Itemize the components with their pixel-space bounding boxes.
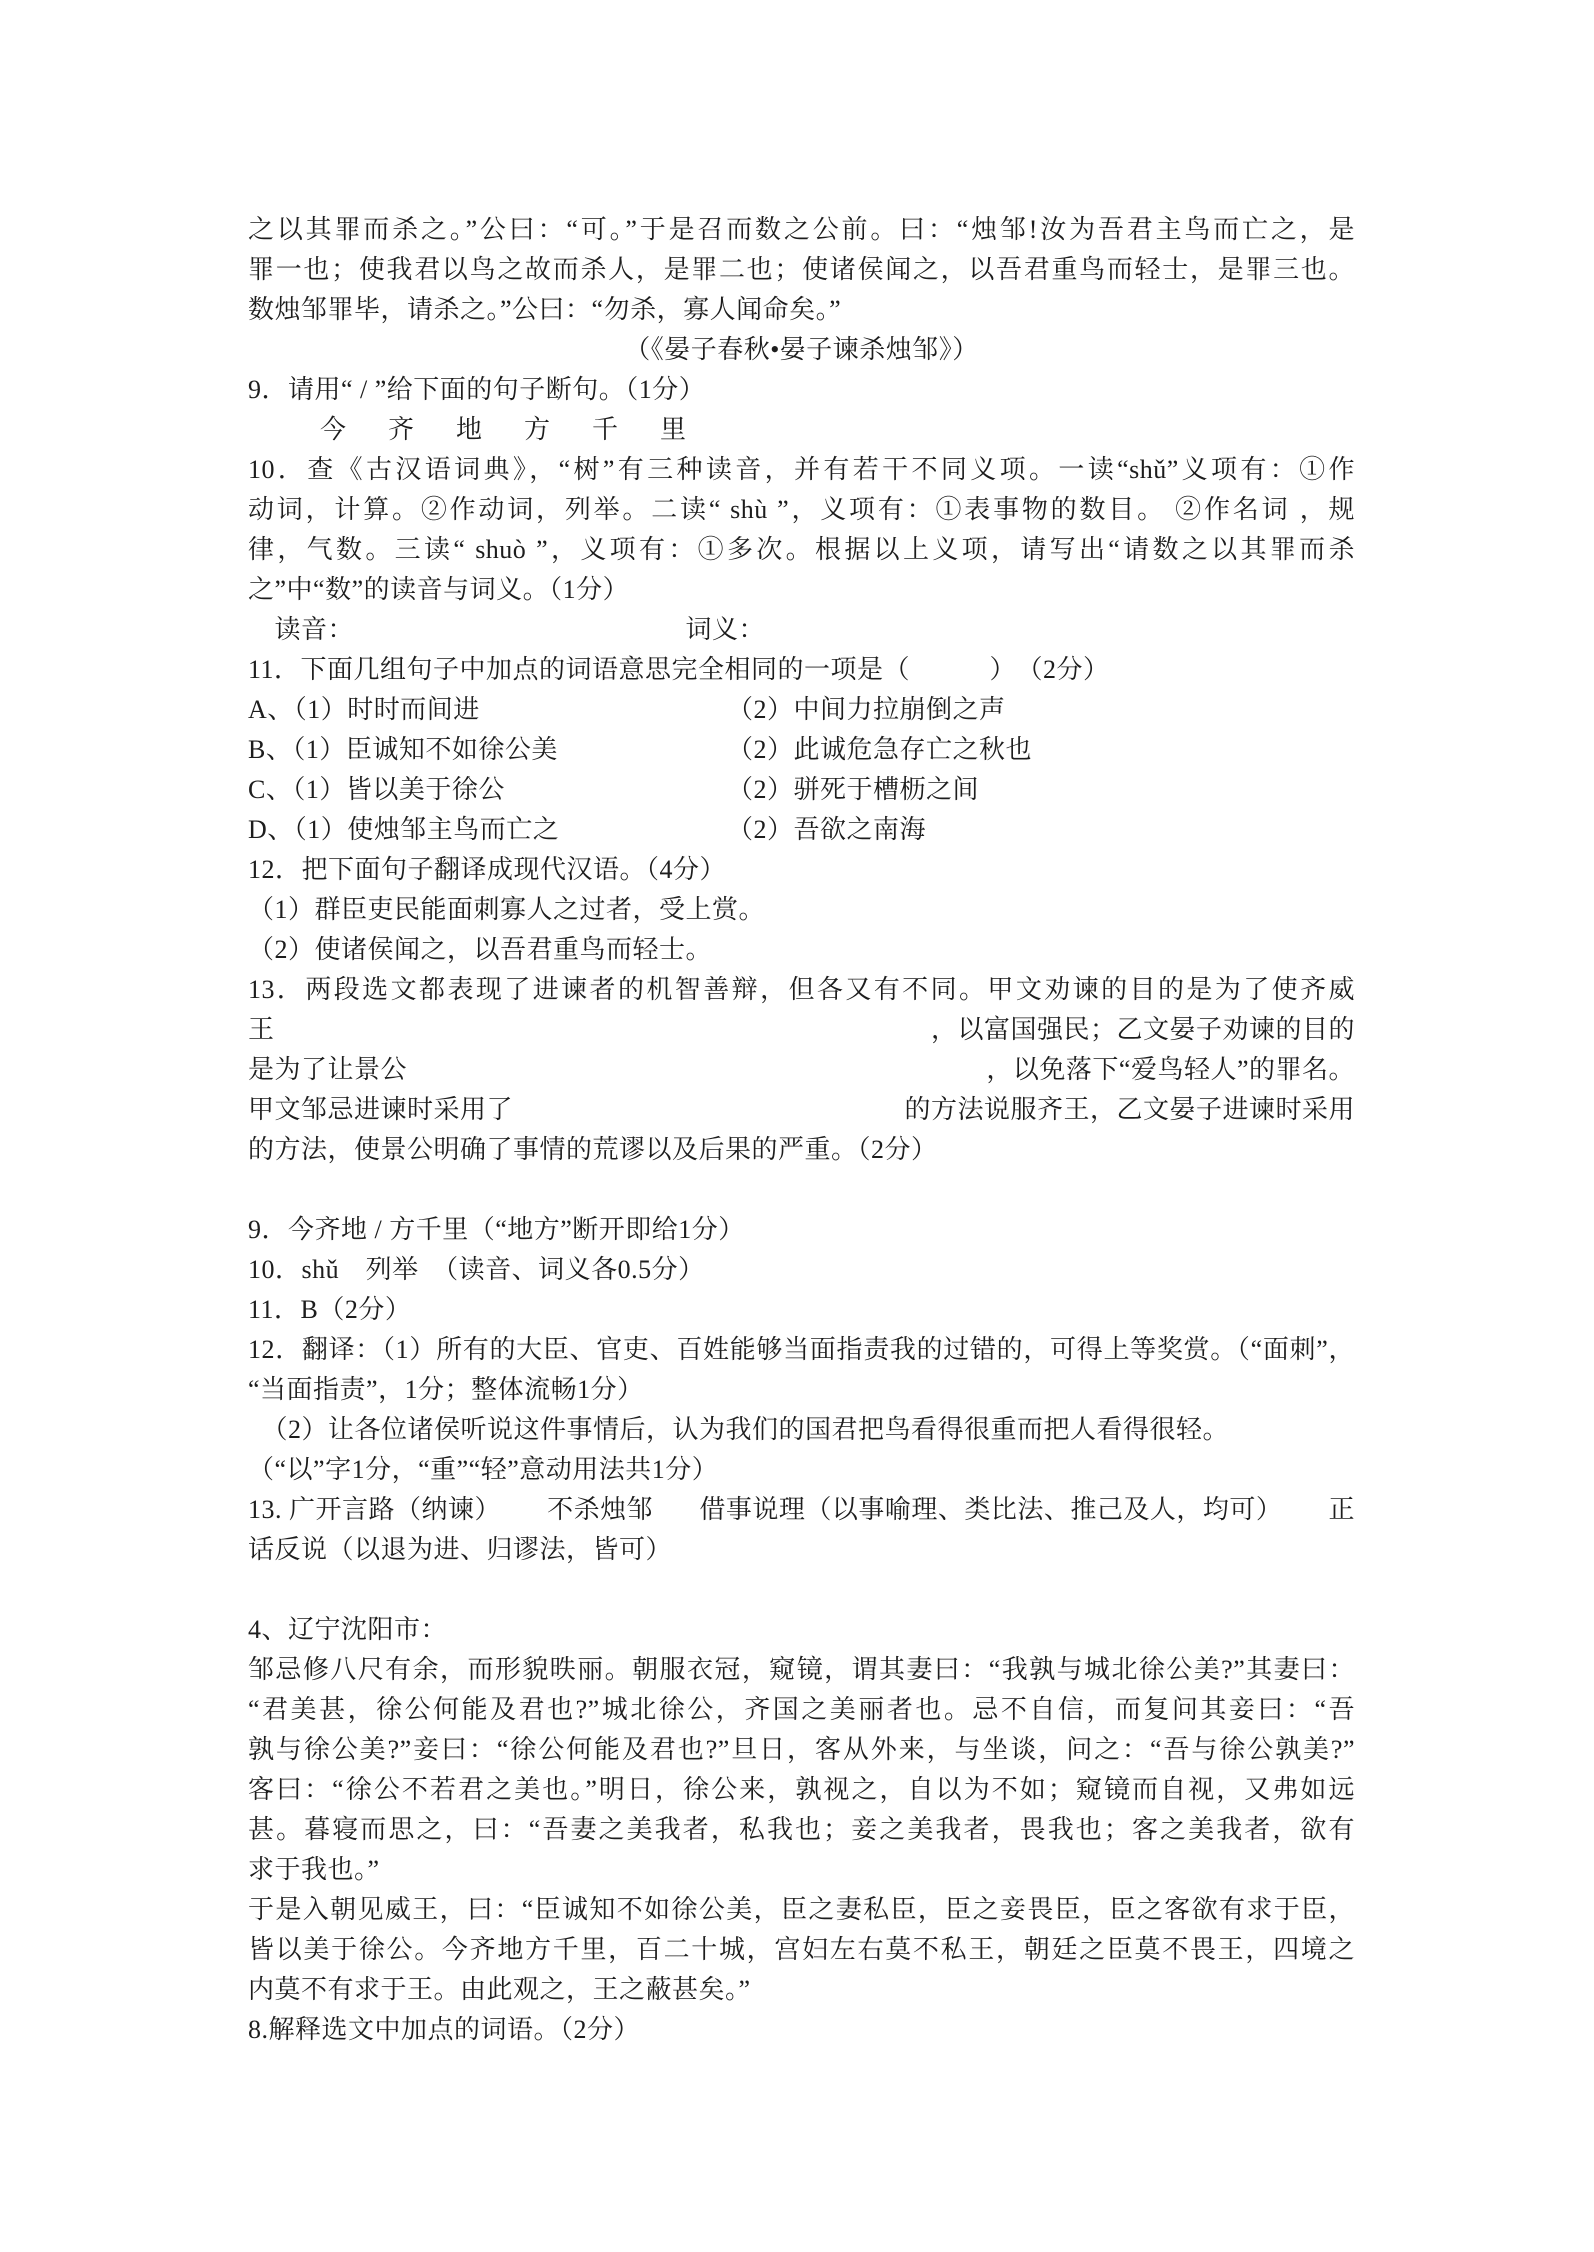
question-10-line: 之”中“数”的读音与词义。（1分）: [248, 570, 1355, 610]
answer-13-segment: 借事说理（以事喻理、类比法、推己及人，均可）: [699, 1490, 1282, 1530]
answer-9: 9．今齐地 / 方千里（“地方”断开即给1分）: [248, 1210, 1355, 1250]
question-13-right: ，以富国强民；乙文晏子劝谏的目的: [931, 1010, 1355, 1050]
option-c-item1: C、（1）皆以美于徐公: [248, 770, 727, 810]
answer-10: 10．shǔ 列举 （读音、词义各0.5分）: [248, 1250, 1355, 1290]
section-4-passage-line: 邹忌修八尺有余，而形貌昳丽。朝服衣冠，窥镜，谓其妻曰：“我孰与城北徐公美?”其妻…: [248, 1650, 1355, 1690]
question-13-right: 的方法说服齐王，乙文晏子进谏时采用: [904, 1090, 1355, 1130]
question-12-prompt: 12．把下面句子翻译成现代汉语。（4分）: [248, 850, 1355, 890]
question-9-prompt: 9．请用“ / ”给下面的句子断句。（1分）: [248, 370, 1355, 410]
question-10-line: 律，气数。三读“ shuò ”，义项有：①多次。根据以上义项，请写出“请数之以其…: [248, 530, 1355, 570]
section-gap: [248, 1570, 1355, 1610]
passage1-line: 之以其罪而杀之。”公曰：“可。”于是召而数之公前。曰：“烛邹!汝为吾君主鸟而亡之…: [248, 210, 1355, 250]
section-4-passage-line: 内莫不有求于王。由此观之，王之蔽甚矣。”: [248, 1970, 1355, 2010]
option-b-item1: B、（1）臣诚知不如徐公美: [248, 730, 727, 770]
passage1-attribution: （《晏子春秋•晏子谏杀烛邹》）: [248, 330, 1355, 370]
question-11-prompt: 11．下面几组句子中加点的词语意思完全相同的一项是（ ） （2分）: [248, 650, 1355, 690]
answer-13-segment: 13. 广开言路（纳谏）: [248, 1490, 501, 1530]
question-12-item: （1）群臣吏民能面刺寡人之过者，受上赏。: [248, 890, 1355, 930]
question-13-left: 甲文邹忌进谏时采用了: [248, 1090, 513, 1130]
option-c-item2: （2）骈死于槽枥之间: [727, 775, 979, 804]
section-4-heading: 4、辽宁沈阳市：: [248, 1610, 1355, 1650]
answer-13-segment: 正: [1328, 1490, 1355, 1530]
answer-13-line: 话反说（以退为进、归谬法，皆可）: [248, 1530, 1355, 1570]
section-4-passage-line: 于是入朝见威王，曰：“臣诚知不如徐公美，臣之妻私臣，臣之妾畏臣，臣之客欲有求于臣…: [248, 1890, 1355, 1930]
question-11-option-d: D、（1）使烛邹主鸟而亡之（2）吾欲之南海: [248, 810, 1355, 850]
section-4-passage-line: “君美甚，徐公何能及君也?”城北徐公，齐国之美丽者也。忌不自信，而复问其妾曰：“…: [248, 1690, 1355, 1730]
question-13-line: 的方法，使景公明确了事情的荒谬以及后果的严重。（2分）: [248, 1130, 1355, 1170]
question-8-prompt: 8.解释选文中加点的词语。（2分）: [248, 2010, 1355, 2050]
option-a-item1: A、（1）时时而间进: [248, 690, 727, 730]
question-13-left: 王: [248, 1010, 275, 1050]
question-13-line-with-blank: 是为了让景公，以免落下“爱鸟轻人”的罪名。: [248, 1050, 1355, 1090]
question-13-right: ，以免落下“爱鸟轻人”的罪名。: [986, 1050, 1355, 1090]
answer-13-line: 13. 广开言路（纳谏）不杀烛邹借事说理（以事喻理、类比法、推己及人，均可）正: [248, 1490, 1355, 1530]
answer-13-segment: 不杀烛邹: [547, 1490, 653, 1530]
exam-content: 之以其罪而杀之。”公曰：“可。”于是召而数之公前。曰：“烛邹!汝为吾君主鸟而亡之…: [248, 210, 1355, 2050]
question-10-line: 动词，计算。②作动词，列举。二读“ shù ”，义项有：①表事物的数目。 ②作名…: [248, 490, 1355, 530]
option-a-item2: （2）中间力拉崩倒之声: [727, 695, 1006, 724]
section-4-passage-line: 孰与徐公美?”妾曰：“徐公何能及君也?”旦日，客从外来，与坐谈，问之：“吾与徐公…: [248, 1730, 1355, 1770]
question-11-option-a: A、（1）时时而间进（2）中间力拉崩倒之声: [248, 690, 1355, 730]
question-10-answer-blanks: 读音： 词义：: [248, 610, 1355, 650]
question-9-sentence: 今 齐 地 方 千 里: [248, 410, 1355, 450]
question-13-line-with-blank: 甲文邹忌进谏时采用了的方法说服齐王，乙文晏子进谏时采用: [248, 1090, 1355, 1130]
question-10-line: 10．查《古汉语词典》，“树”有三种读音，并有若干不同义项。一读“shǔ”义项有…: [248, 450, 1355, 490]
answer-12-line: （2）让各位诸侯听说这件事情后，认为我们的国君把鸟看得很重而把人看得很轻。: [248, 1410, 1355, 1450]
option-d-item1: D、（1）使烛邹主鸟而亡之: [248, 810, 727, 850]
section-4-passage-line: 客曰：“徐公不若君之美也。”明日，徐公来，孰视之，自以为不如；窥镜而自视，又弗如…: [248, 1770, 1355, 1810]
option-b-item2: （2）此诚危急存亡之秋也: [727, 735, 1032, 764]
question-13-line-with-blank: 王，以富国强民；乙文晏子劝谏的目的: [248, 1010, 1355, 1050]
answer-12-line: （“以”字1分，“重”“轻”意动用法共1分）: [248, 1450, 1355, 1490]
question-13-left: 是为了让景公: [248, 1050, 407, 1090]
section-4-passage-line: 求于我也。”: [248, 1850, 1355, 1890]
question-11-option-c: C、（1）皆以美于徐公（2）骈死于槽枥之间: [248, 770, 1355, 810]
section-4-passage-line: 皆以美于徐公。今齐地方千里，百二十城，宫妇左右莫不私王，朝廷之臣莫不畏王，四境之: [248, 1930, 1355, 1970]
passage1-line: 数烛邹罪毕，请杀之。”公曰：“勿杀，寡人闻命矣。”: [248, 290, 1355, 330]
answer-12-line: 12．翻译：（1）所有的大臣、官吏、百姓能够当面指责我的过错的，可得上等奖赏。（…: [248, 1330, 1355, 1370]
answer-11: 11．B（2分）: [248, 1290, 1355, 1330]
question-12-item: （2）使诸侯闻之，以吾君重鸟而轻士。: [248, 930, 1355, 970]
question-11-option-b: B、（1）臣诚知不如徐公美（2）此诚危急存亡之秋也: [248, 730, 1355, 770]
answer-12-line: “当面指责”，1分；整体流畅1分）: [248, 1370, 1355, 1410]
option-d-item2: （2）吾欲之南海: [727, 815, 926, 844]
question-13-line: 13．两段选文都表现了进谏者的机智善辩，但各又有不同。甲文劝谏的目的是为了使齐威: [248, 970, 1355, 1010]
section-gap: [248, 1170, 1355, 1210]
exam-page: 之以其罪而杀之。”公曰：“可。”于是召而数之公前。曰：“烛邹!汝为吾君主鸟而亡之…: [0, 0, 1594, 2252]
section-4-passage-line: 甚。暮寝而思之，曰：“吾妻之美我者，私我也；妾之美我者，畏我也；客之美我者，欲有: [248, 1810, 1355, 1850]
passage1-line: 罪一也；使我君以鸟之故而杀人，是罪二也；使诸侯闻之，以吾君重鸟而轻士，是罪三也。: [248, 250, 1355, 290]
